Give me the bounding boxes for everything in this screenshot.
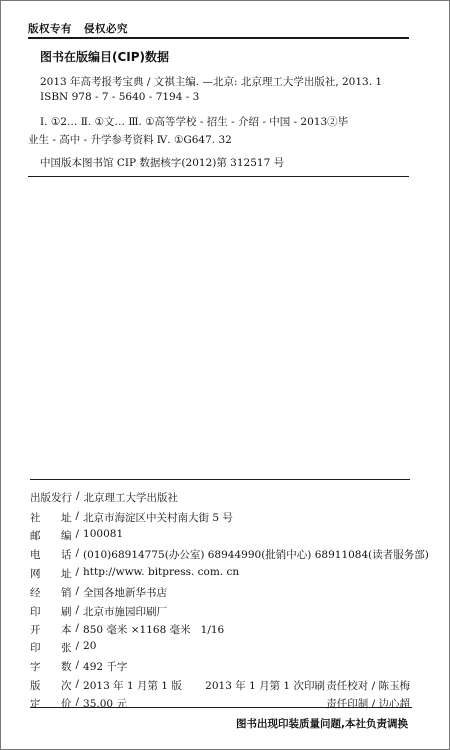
top-divider <box>28 37 409 39</box>
cip-classification: Ⅰ. ①2… Ⅱ. ①文… Ⅲ. ①高等学校 - 招生 - 介绍 - 中国 - … <box>40 114 348 129</box>
bottom-divider <box>30 707 412 708</box>
pub-row-website: 网址/http://www. bitpress. com. cn <box>30 566 239 581</box>
pub-row-publisher: 出版发行/北京理工大学出版社 <box>30 490 178 505</box>
website-link: http://www. bitpress. com. cn <box>83 566 239 581</box>
pub-row-wordcount: 字数/492 千字 <box>30 659 127 674</box>
cip-title: 图书在版编目(CIP)数据 <box>40 48 169 65</box>
rights-reserved: 版权专有 <box>28 23 72 35</box>
cip-divider <box>28 176 409 177</box>
pub-row-address: 社址/北京市海淀区中关村南大街 5 号 <box>30 510 233 525</box>
cip-isbn: ISBN 978 - 7 - 5640 - 7194 - 3 <box>40 91 199 103</box>
page-border <box>0 0 450 750</box>
printing-editor: 责任印制 / 边心超 <box>326 696 410 711</box>
publication-divider <box>30 479 410 480</box>
pub-row-format: 开本/850 毫米 ×1168 毫米 1/16 <box>30 622 224 637</box>
proofreader: 责任校对 / 陈玉梅 <box>326 678 410 693</box>
pub-row-phone: 电话/(010)68914775(办公室) 68944990(批销中心) 689… <box>30 547 429 562</box>
pub-row-price: 定价/35.00 元 <box>30 696 127 711</box>
piracy-warning: 侵权必究 <box>84 23 128 35</box>
cip-classification-cont: 业生 - 高中 - 升学参考资料 Ⅳ. ①G647. 32 <box>28 132 232 147</box>
pub-row-sheets: 印张/20 <box>30 640 96 655</box>
cip-line: 2013 年高考报考宝典 / 文祺主编. —北京: 北京理工大学出版社, 201… <box>40 74 382 89</box>
pub-row-printer: 印刷/北京市施园印刷厂 <box>30 604 167 619</box>
pub-row-postcode: 邮编/100081 <box>30 528 123 543</box>
cip-record-number: 中国版本图书馆 CIP 数据核字(2012)第 312517 号 <box>40 155 284 170</box>
pub-row-distributor: 经销/全国各地新华书店 <box>30 585 167 600</box>
copyright-notice: 版权专有侵权必究 <box>28 21 128 36</box>
pub-row-edition: 版次/2013 年 1 月第 1 版 2013 年 1 月第 1 次印刷 <box>30 678 325 693</box>
quality-notice: 图书出现印装质量问题,本社负责调换 <box>236 716 408 731</box>
